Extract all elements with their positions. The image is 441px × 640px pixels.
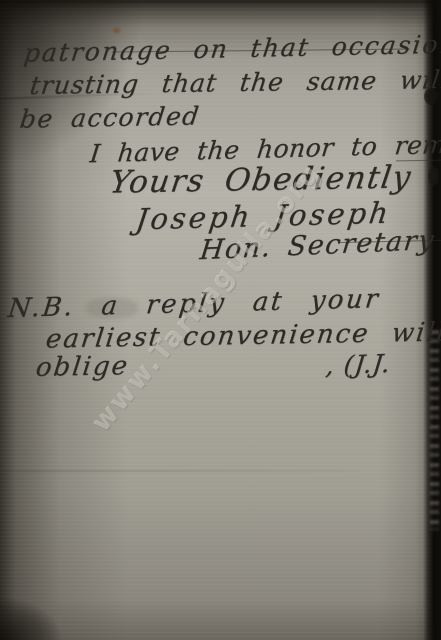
handwritten-body-line-3: be accorded xyxy=(18,101,202,133)
paper-crease xyxy=(0,470,360,472)
shadow-bottom-left xyxy=(0,570,90,640)
handwritten-postscript-line-3: oblige xyxy=(34,351,131,383)
handwritten-initials: , (J.J. xyxy=(324,349,392,380)
letter-photograph: patronage on that occasion trusting that… xyxy=(0,0,441,640)
handwritten-body-line-2: trusting that the same will xyxy=(28,65,441,100)
ink-blot xyxy=(428,166,439,186)
photo-edge-texture xyxy=(430,330,439,530)
handwritten-closing: Yours Obediently xyxy=(107,159,414,200)
foxing-spot xyxy=(112,27,121,34)
